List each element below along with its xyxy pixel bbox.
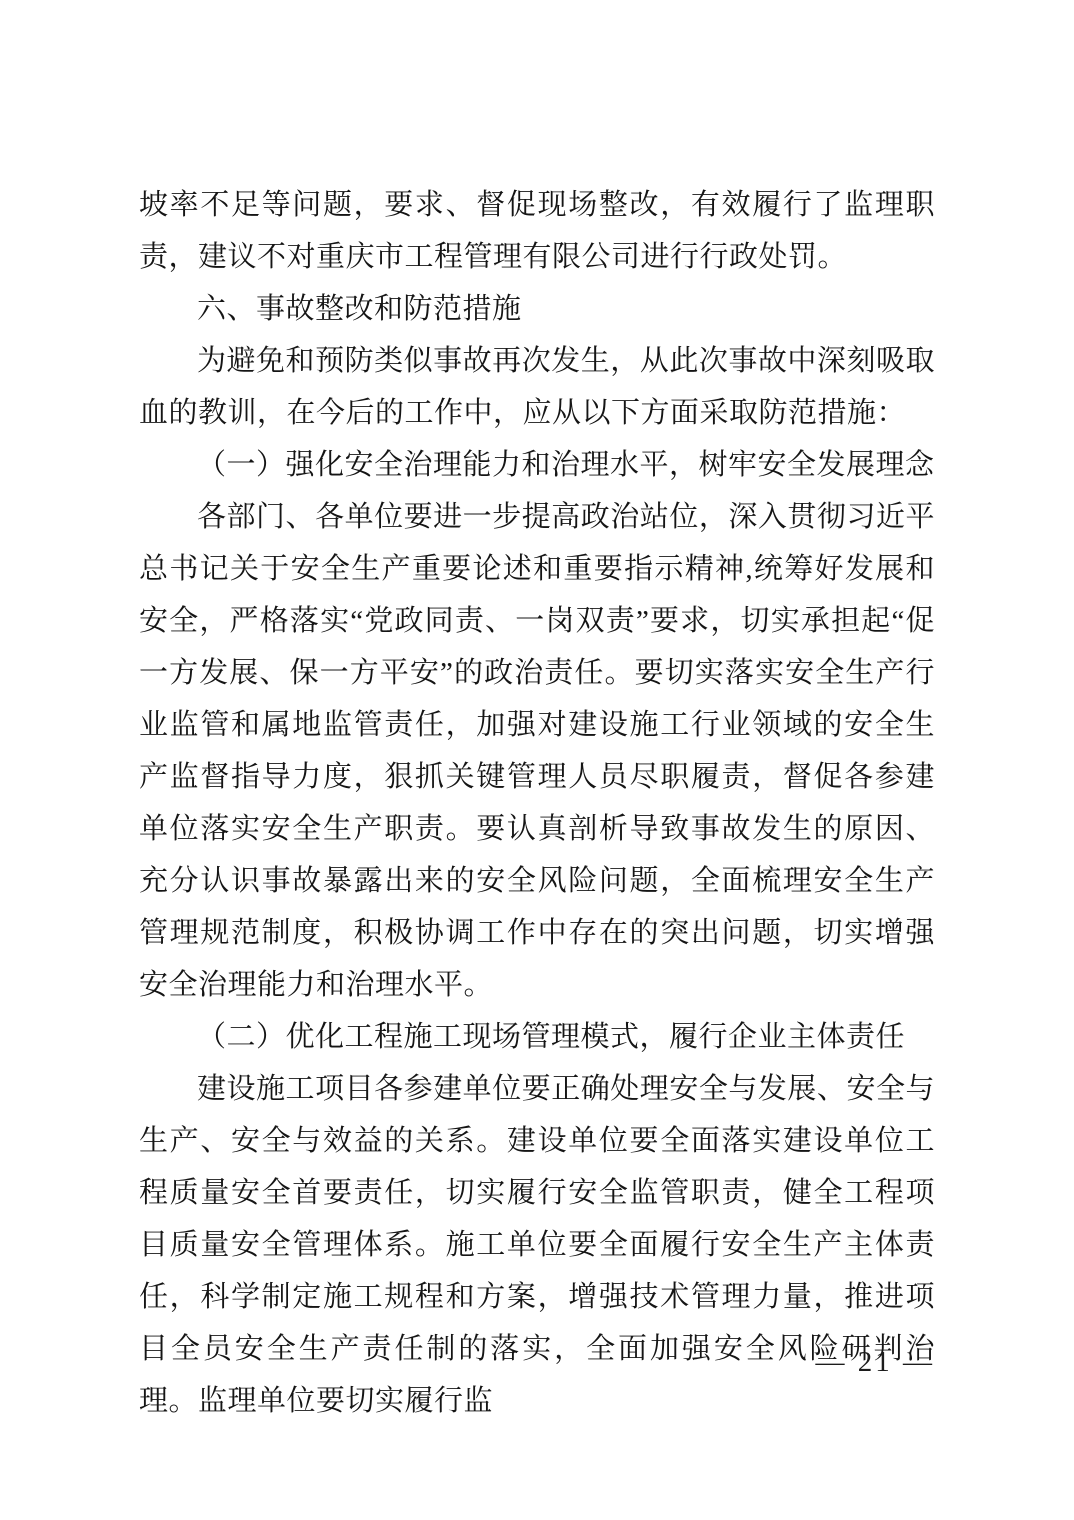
document-body: 坡率不足等问题，要求、督促现场整改，有效履行了监理职责，建议不对重庆市工程管理有…	[139, 179, 935, 1427]
section-heading-6: 六、事故整改和防范措施	[139, 283, 935, 335]
subsection-heading-1: （一）强化安全治理能力和治理水平，树牢安全发展理念	[139, 439, 935, 491]
paragraph-measure-1: 各部门、各单位要进一步提高政治站位，深入贯彻习近平总书记关于安全生产重要论述和重…	[139, 491, 935, 1011]
subsection-heading-2: （二）优化工程施工现场管理模式，履行企业主体责任	[139, 1011, 935, 1063]
paragraph-intro: 为避免和预防类似事故再次发生，从此次事故中深刻吸取血的教训，在今后的工作中，应从…	[139, 335, 935, 439]
paragraph-continuation: 坡率不足等问题，要求、督促现场整改，有效履行了监理职责，建议不对重庆市工程管理有…	[139, 179, 935, 283]
document-page: 坡率不足等问题，要求、督促现场整改，有效履行了监理职责，建议不对重庆市工程管理有…	[0, 0, 1074, 1520]
page-number: — 21 —	[816, 1346, 936, 1378]
